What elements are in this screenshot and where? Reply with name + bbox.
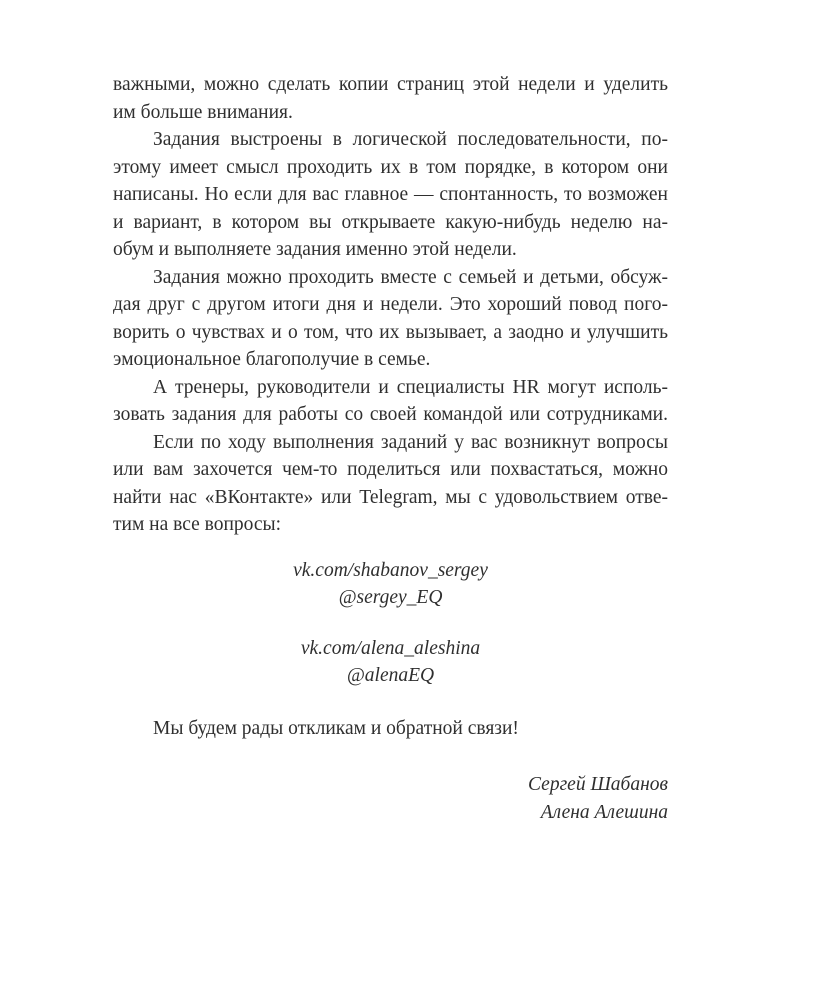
text-line: Мы будем рады откликам и обратной связи! bbox=[113, 715, 668, 743]
text-line: важными, можно сделать копии страниц это… bbox=[113, 71, 668, 99]
text-line: им больше внимания. bbox=[113, 99, 668, 127]
text-line: Алена Алешина bbox=[113, 799, 668, 827]
text-line: Задания выстроены в логической последова… bbox=[113, 126, 668, 154]
text-line: Задания можно проходить вместе с семьей … bbox=[113, 264, 668, 292]
text-line: тим на все вопросы: bbox=[113, 511, 668, 539]
page-text-block: важными, можно сделать копии страниц это… bbox=[113, 71, 668, 826]
para-family: Задания можно проходить вместе с семьей … bbox=[113, 264, 668, 374]
contact-link-line: @sergey_EQ bbox=[113, 584, 668, 612]
para-trainers: А тренеры, руководители и специалисты HR… bbox=[113, 374, 668, 429]
contact-link-line: vk.com/alena_aleshina bbox=[113, 635, 668, 663]
para-sequence: Задания выстроены в логической последова… bbox=[113, 126, 668, 264]
text-line: обум и выполняете задания именно этой не… bbox=[113, 236, 668, 264]
contacts-sergey: vk.com/shabanov_sergey@sergey_EQ bbox=[113, 557, 668, 612]
contacts-alena: vk.com/alena_aleshina@alenaEQ bbox=[113, 635, 668, 690]
para-questions: Если по ходу выполнения заданий у вас во… bbox=[113, 429, 668, 539]
text-line: найти нас «ВКонтакте» или Telegram, мы с… bbox=[113, 484, 668, 512]
text-line: ворить о чувствах и о том, что их вызыва… bbox=[113, 319, 668, 347]
text-line: зовать задания для работы со своей коман… bbox=[113, 401, 668, 429]
text-line: Сергей Шабанов bbox=[113, 771, 668, 799]
text-line: Если по ходу выполнения заданий у вас во… bbox=[113, 429, 668, 457]
text-line: А тренеры, руководители и специалисты HR… bbox=[113, 374, 668, 402]
text-line: эмоциональное благополучие в семье. bbox=[113, 346, 668, 374]
signature: Сергей ШабановАлена Алешина bbox=[113, 771, 668, 826]
text-line: и вариант, в котором вы открываете какую… bbox=[113, 209, 668, 237]
text-line: дая друг с другом итоги дня и недели. Эт… bbox=[113, 291, 668, 319]
book-page: важными, можно сделать копии страниц это… bbox=[0, 0, 826, 1001]
contact-link-line: vk.com/shabanov_sergey bbox=[113, 557, 668, 585]
text-line: этому имеет смысл проходить их в том пор… bbox=[113, 154, 668, 182]
text-line: или вам захочется чем-то поделиться или … bbox=[113, 456, 668, 484]
contact-link-line: @alenaEQ bbox=[113, 662, 668, 690]
para-opening: важными, можно сделать копии страниц это… bbox=[113, 71, 668, 126]
closing-line: Мы будем рады откликам и обратной связи! bbox=[113, 715, 668, 743]
text-line: написаны. Но если для вас главное — спон… bbox=[113, 181, 668, 209]
